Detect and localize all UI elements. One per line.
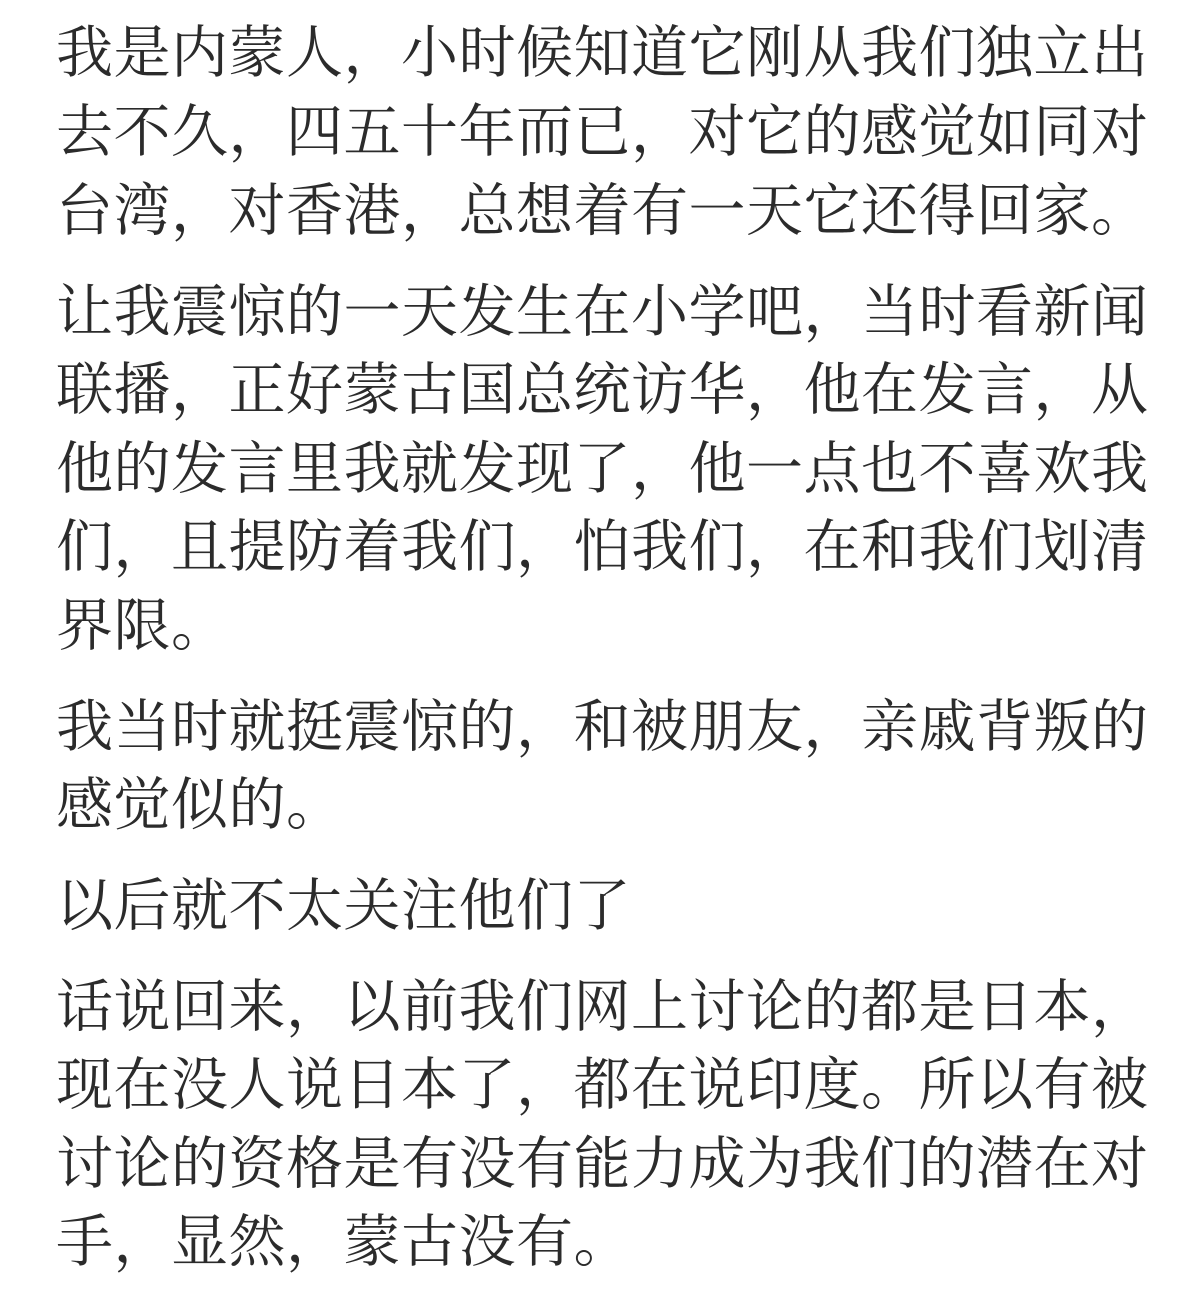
text-line: 以后就不太关注他们了 <box>56 867 631 945</box>
text-line: 们，且提防着我们，怕我们，在和我们划清 <box>56 508 1149 586</box>
text-line: 我当时就挺震惊的，和被朋友，亲戚背叛的 <box>56 688 1149 766</box>
text-line: 去不久，四五十年而已，对它的感觉如同对 <box>56 93 1149 171</box>
text-line: 界限。 <box>56 587 229 665</box>
text-line: 台湾，对香港，总想着有一天它还得回家。 <box>56 172 1149 250</box>
text-line: 让我震惊的一天发生在小学吧，当时看新闻 <box>56 273 1149 351</box>
text-line: 联播，正好蒙古国总统访华，他在发言，从 <box>56 351 1149 429</box>
text-line: 感觉似的。 <box>56 766 344 844</box>
text-line: 话说回来，以前我们网上讨论的都是日本， <box>56 968 1149 1046</box>
text-line: 我是内蒙人，小时候知道它刚从我们独立出 <box>56 14 1149 92</box>
text-line: 手，显然，蒙古没有。 <box>56 1203 631 1281</box>
text-line: 他的发言里我就发现了，他一点也不喜欢我 <box>56 430 1149 508</box>
text-line: 讨论的资格是有没有能力成为我们的潜在对 <box>56 1125 1149 1203</box>
text-line: 现在没人说日本了，都在说印度。所以有被 <box>56 1046 1149 1124</box>
